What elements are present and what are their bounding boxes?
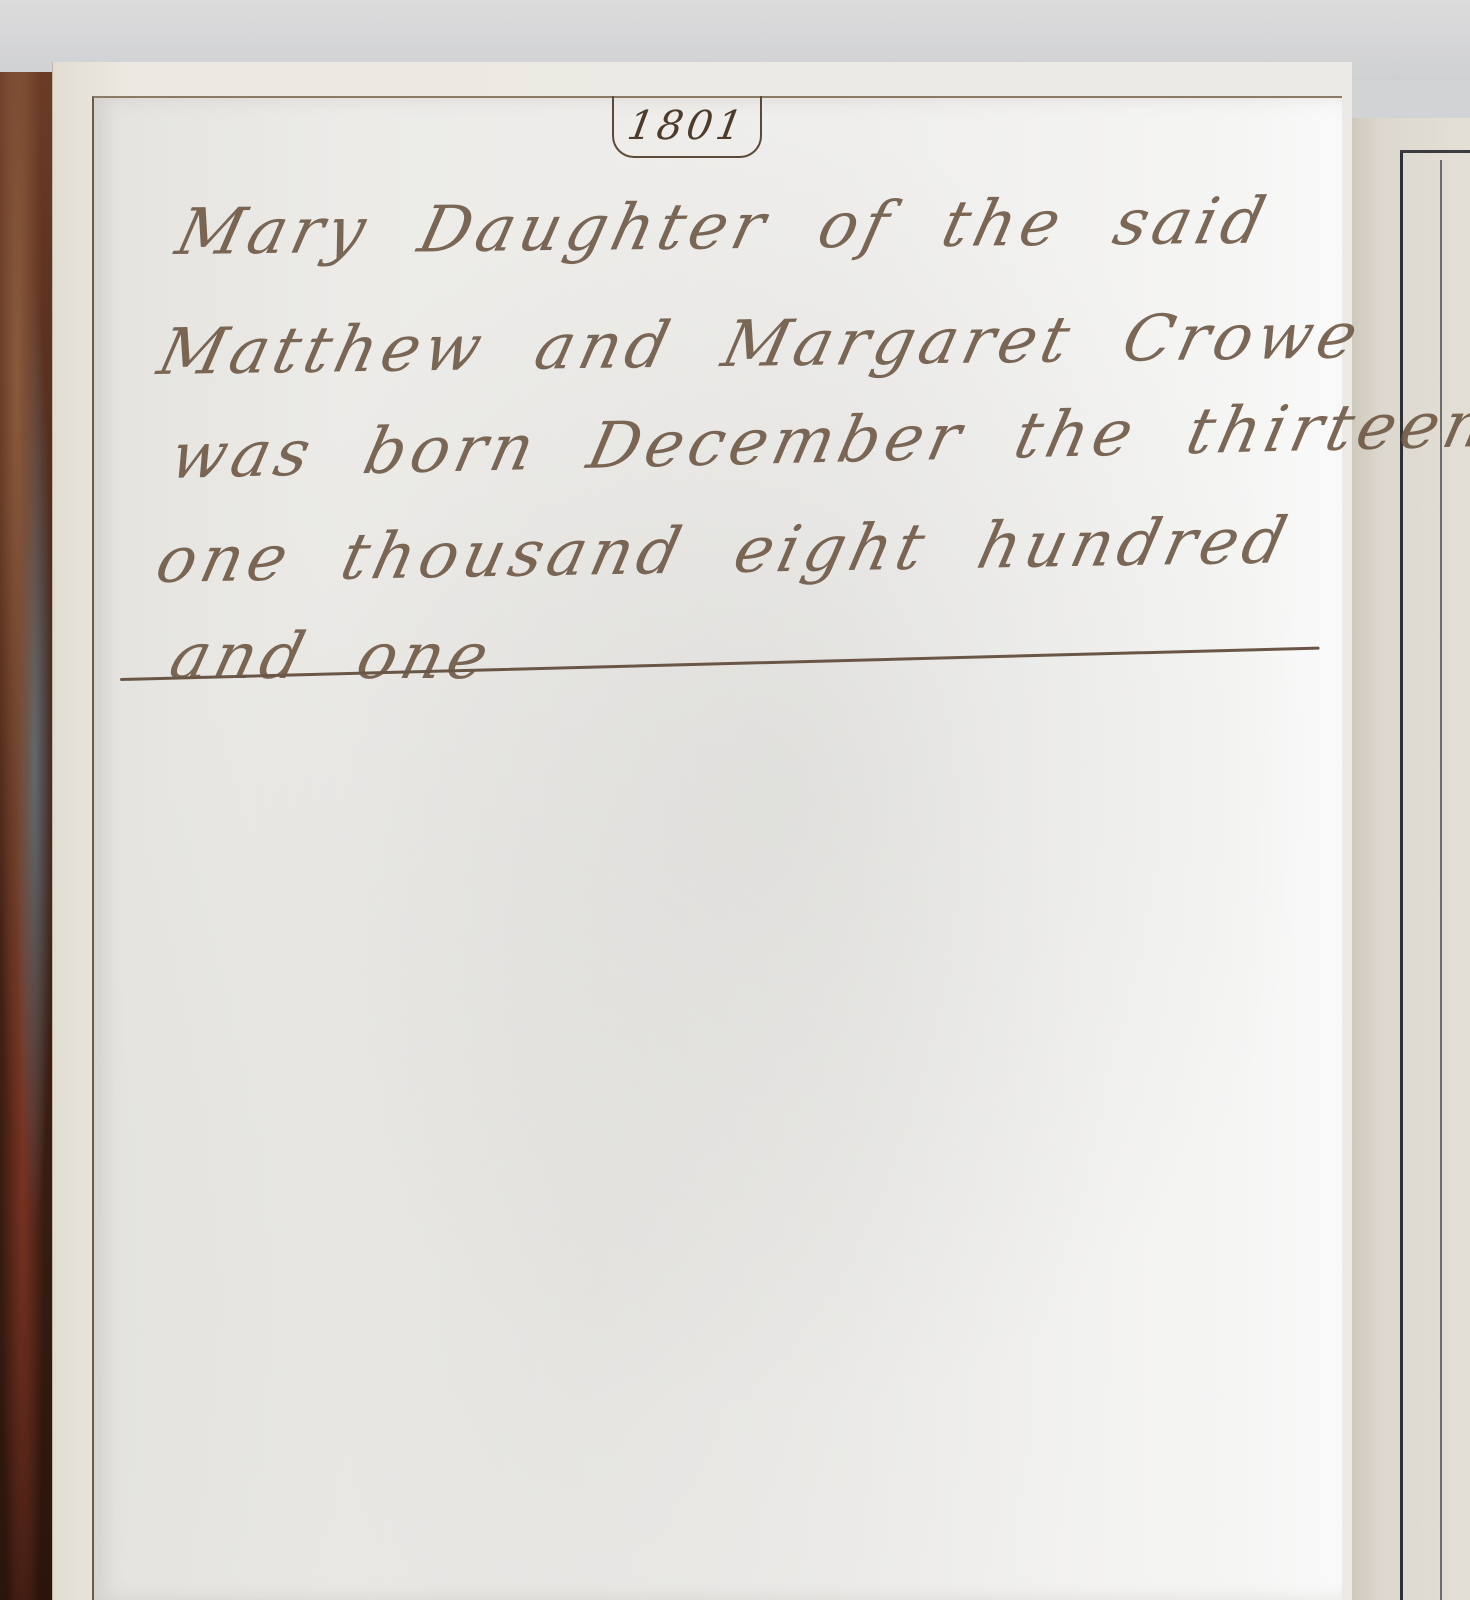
record-line-5: and one — [163, 620, 501, 694]
leather-cover — [0, 72, 60, 1600]
record-line-1: Mary Daughter of the said — [169, 185, 1277, 270]
facing-page-border-rule-top — [1400, 150, 1470, 153]
facing-page-border-rule — [1400, 150, 1403, 1600]
facing-page — [1342, 118, 1470, 1600]
year-cartouche: 1801 — [612, 96, 762, 158]
facing-page-inner-rule — [1440, 160, 1442, 1600]
year-label: 1801 — [624, 103, 750, 149]
